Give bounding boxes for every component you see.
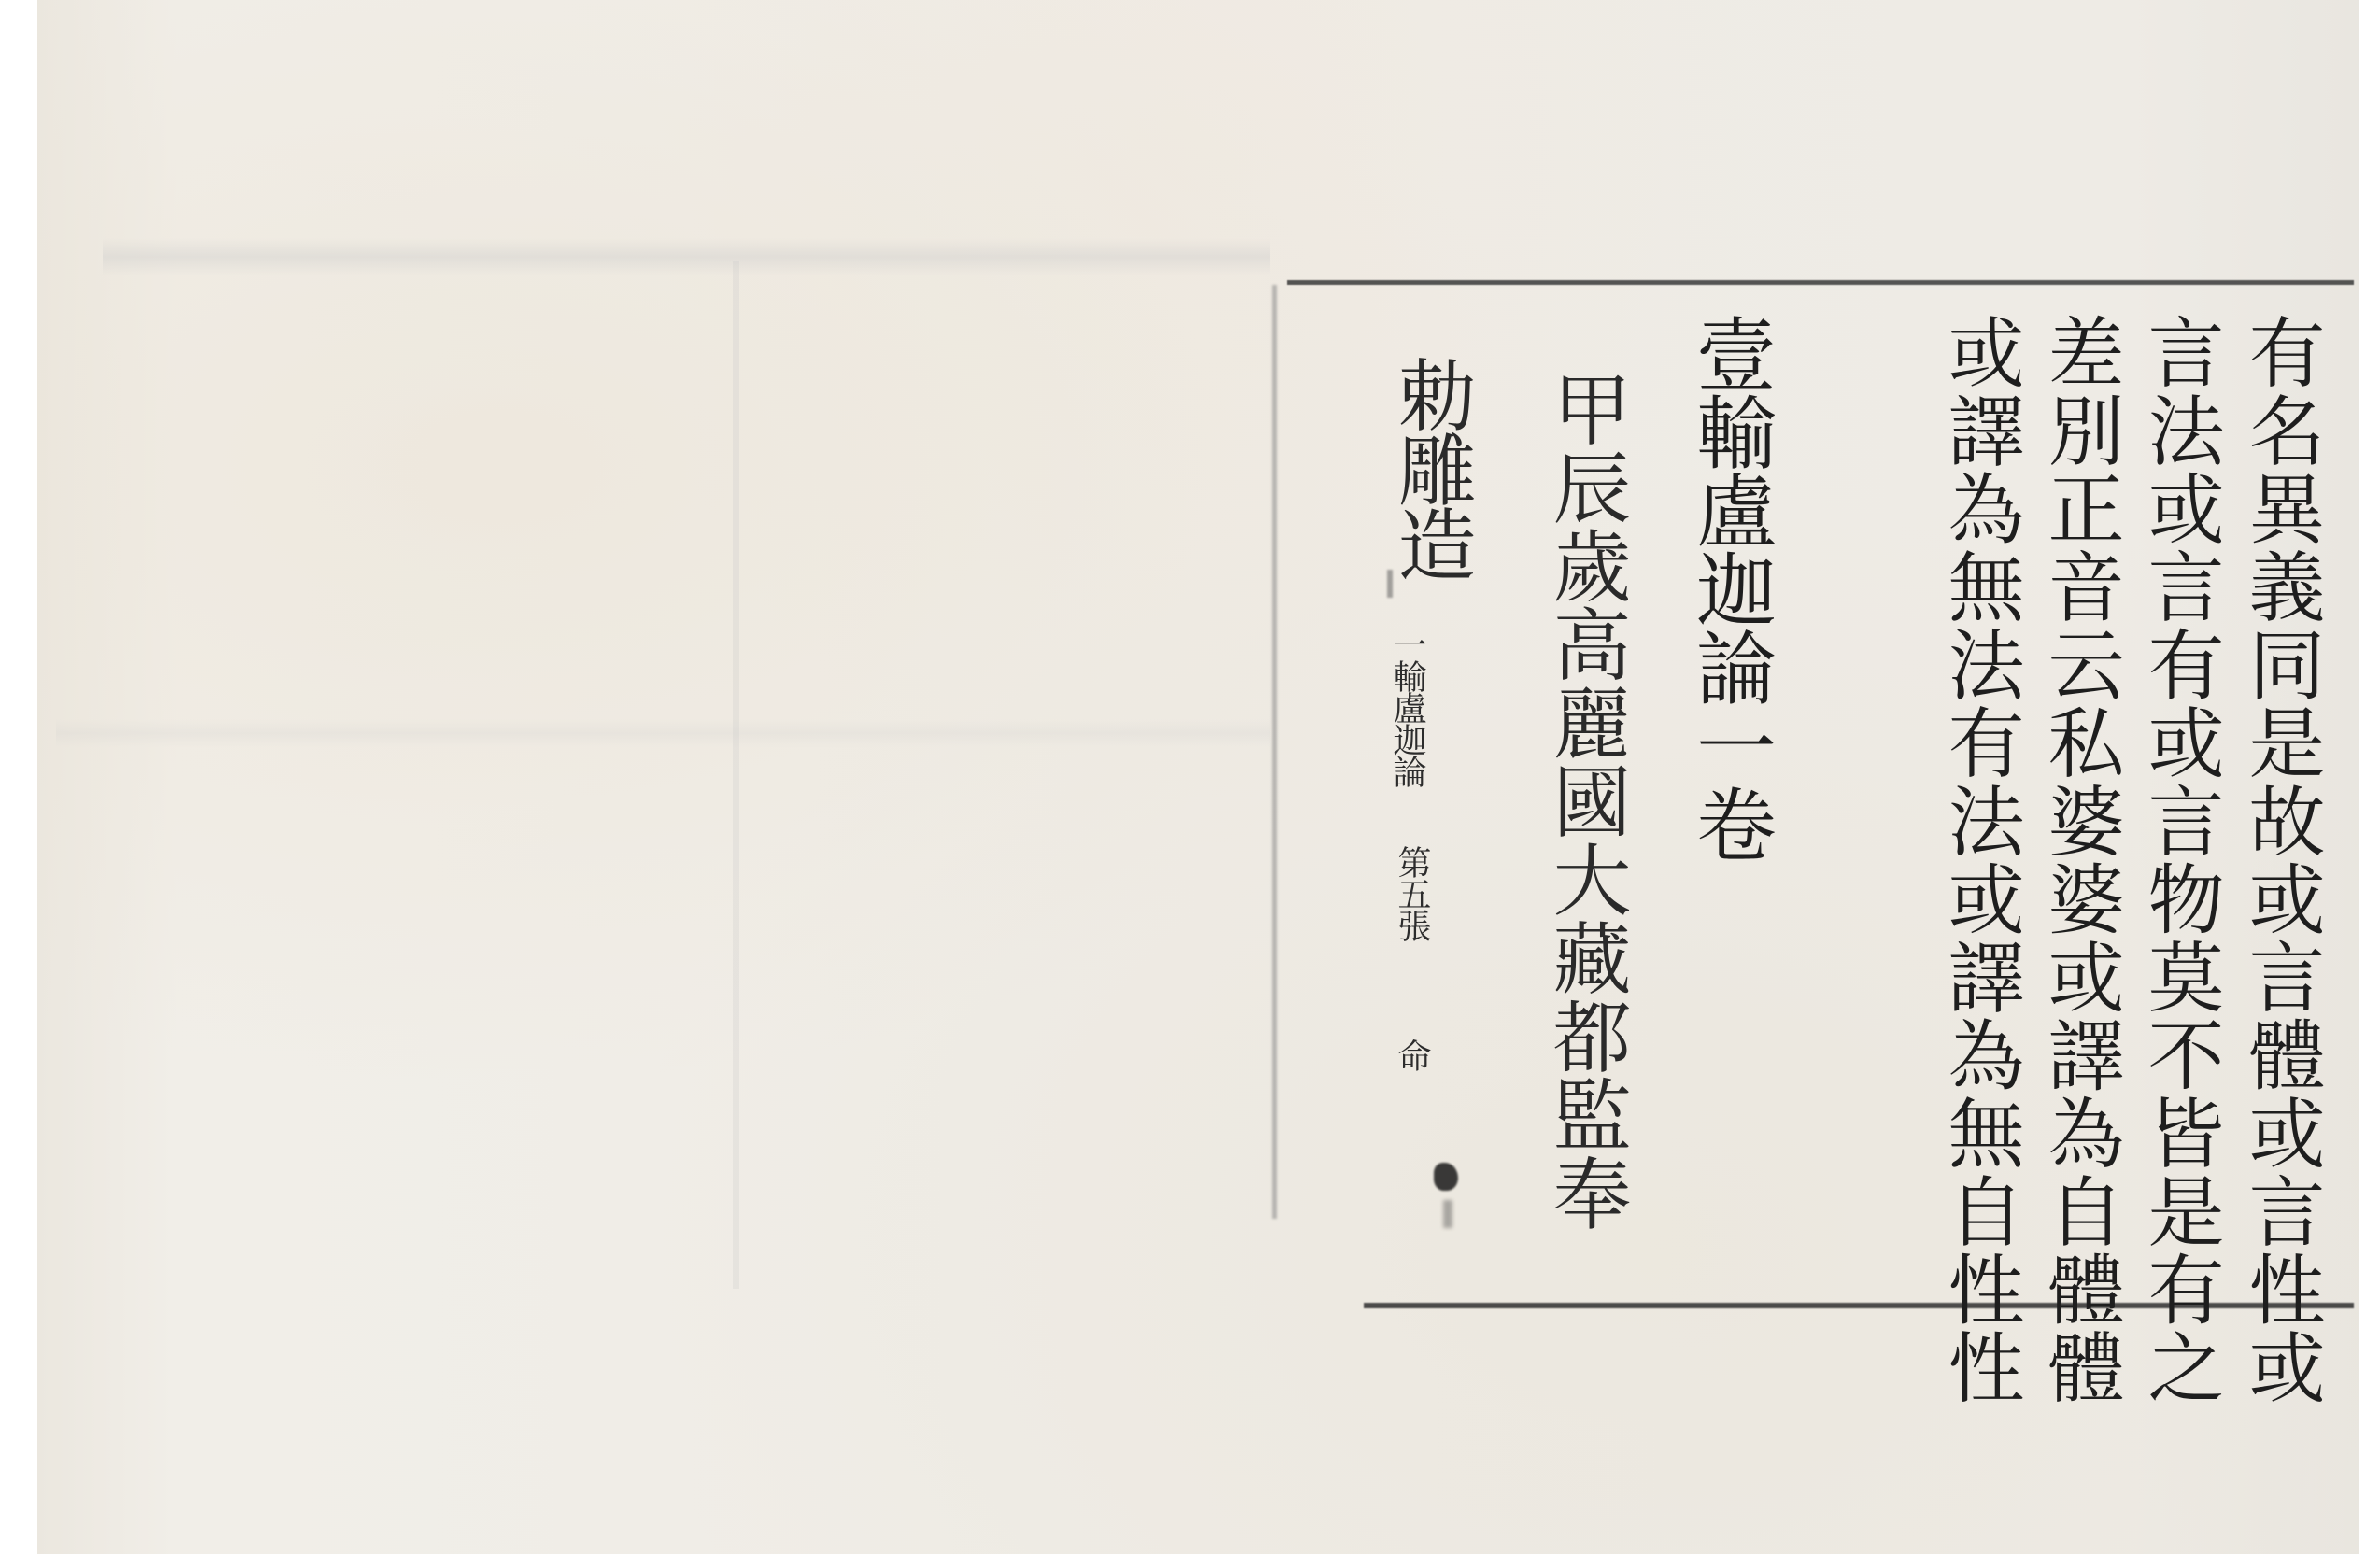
colophon-line-1: 甲辰歲高麗國大藏都監奉 bbox=[1547, 369, 1625, 1232]
scan-margin bbox=[2359, 0, 2380, 1554]
margin-title: 一輸盧迦論 bbox=[1390, 628, 1424, 786]
sutra-title: 壹輸盧迦論一卷 bbox=[1689, 313, 1769, 862]
ink-speck bbox=[1387, 570, 1393, 598]
margin-carver-mark: 命 bbox=[1395, 1038, 1428, 1072]
text-column-3: 差別正音云私婆婆或譯為自體體 bbox=[2041, 313, 2118, 1406]
colophon-line-2: 勅雕造 bbox=[1392, 355, 1470, 579]
ink-blot bbox=[1434, 1163, 1458, 1191]
bleed-through-shadow bbox=[56, 719, 1270, 747]
text-column-2: 言法或言有或言物莫不皆是有之 bbox=[2141, 313, 2217, 1406]
bleed-through-shadow bbox=[103, 238, 1270, 275]
margin-page-number: 第五張 bbox=[1395, 845, 1428, 940]
bleed-through-shadow bbox=[733, 261, 739, 1289]
frame-left-border bbox=[1272, 285, 1277, 1219]
frame-top-border bbox=[1287, 280, 2354, 285]
text-column-4: 或譯為無法有法或譯為無自性性 bbox=[1941, 313, 2018, 1406]
ink-smudge bbox=[1443, 1200, 1452, 1228]
text-column-1: 有名異義同是故或言體或言性或 bbox=[2242, 313, 2318, 1406]
